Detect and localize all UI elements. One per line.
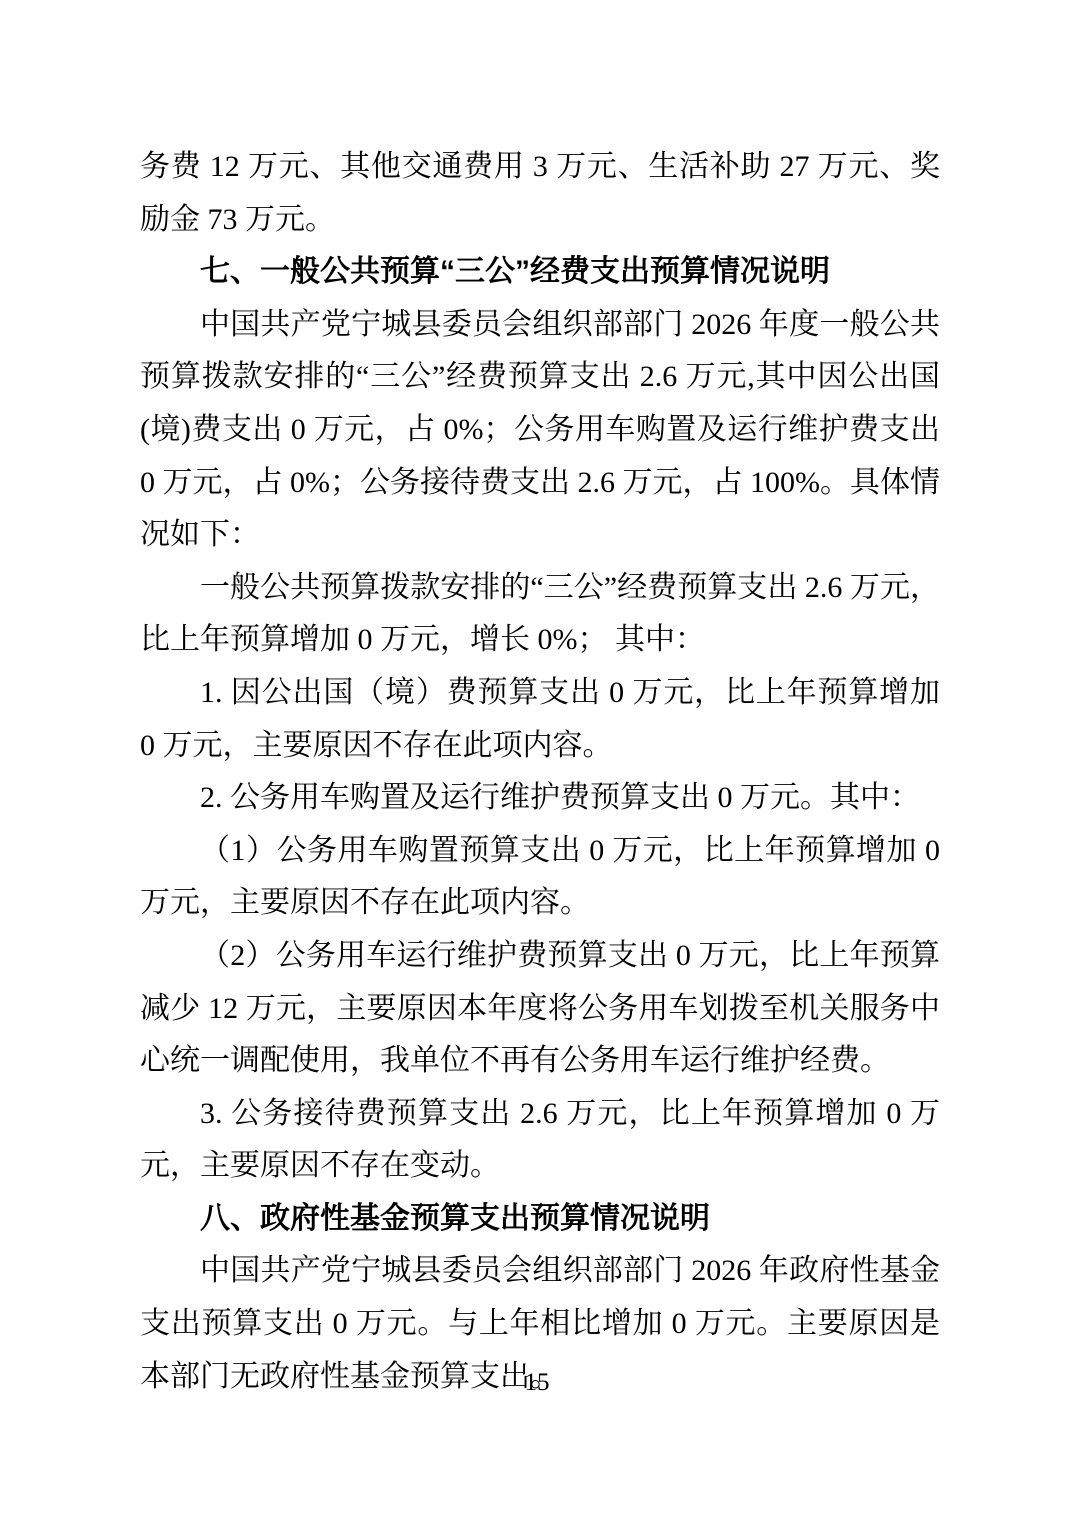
paragraph-item-1-overseas-travel: 1. 因公出国（境）费预算支出 0 万元，比上年预算增加 0 万元，主要原因不存…: [140, 667, 940, 772]
document-page: 务费 12 万元、其他交通费用 3 万元、生活补助 27 万元、奖励金 73 万…: [0, 0, 1074, 1520]
section-heading-seven-three-public-funds: 七、一般公共预算“三公”经费支出预算情况说明: [140, 246, 940, 299]
paragraph-item-2-2-vehicle-maintenance: （2）公务用车运行维护费预算支出 0 万元，比上年预算减少 12 万元，主要原因…: [140, 930, 940, 1088]
section-heading-eight-government-fund: 八、政府性基金预算支出预算情况说明: [140, 1193, 940, 1246]
paragraph-three-public-funds-overview: 中国共产党宁城县委员会组织部部门 2026 年度一般公共预算拨款安排的“三公”经…: [140, 299, 940, 562]
page-number: 15: [0, 1368, 1074, 1398]
paragraph-item-2-1-vehicle-purchase: （1）公务用车购置预算支出 0 万元，比上年预算增加 0 万元，主要原因不存在此…: [140, 825, 940, 930]
paragraph-item-2-official-vehicles: 2. 公务用车购置及运行维护费预算支出 0 万元。其中：: [140, 772, 940, 825]
paragraph-three-public-funds-total: 一般公共预算拨款安排的“三公”经费预算支出 2.6 万元，比上年预算增加 0 万…: [140, 562, 940, 667]
paragraph-item-3-official-reception: 3. 公务接待费预算支出 2.6 万元，比上年预算增加 0 万元，主要原因不存在…: [140, 1088, 940, 1193]
document-content: 务费 12 万元、其他交通费用 3 万元、生活补助 27 万元、奖励金 73 万…: [140, 141, 940, 1403]
paragraph-continuation-transport-fees: 务费 12 万元、其他交通费用 3 万元、生活补助 27 万元、奖励金 73 万…: [140, 141, 940, 246]
